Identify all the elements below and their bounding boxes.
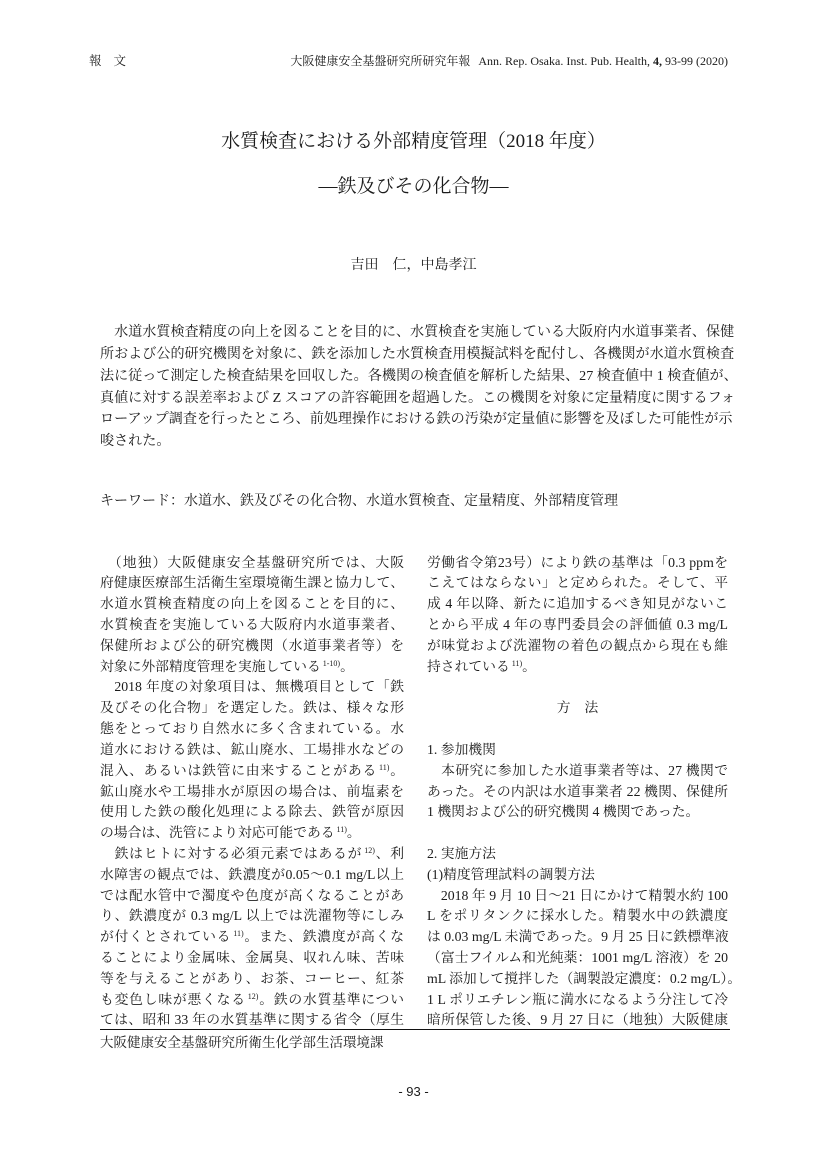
line-text-after: 。 bbox=[340, 659, 354, 674]
text-line: 態をとっており自然水に多く含まれている。水 bbox=[100, 719, 404, 740]
line-text: 唆された。 bbox=[100, 433, 170, 449]
text-line: 労働省令第23号）により鉄の基準は「0.3 ppmを bbox=[427, 553, 728, 574]
line-text: 等を与えることがあり、お茶、コーヒー、紅茶 bbox=[100, 971, 404, 986]
section-heading: 方法 bbox=[427, 698, 728, 719]
line-text: では配水管中で濁度や色度が高くなることがあ bbox=[100, 888, 404, 903]
line-text: 混入、あるいは鉄管に由来することがある bbox=[100, 763, 377, 778]
citation-ref: 1-10) bbox=[323, 659, 340, 668]
line-text: 鉱山廃水や工場排水が原因の場合は、前塩素を bbox=[100, 784, 404, 799]
subsection-heading: 1. 参加機関 bbox=[427, 740, 728, 761]
text-line: の場合は、洗管により対応可能である11)。 bbox=[100, 823, 404, 844]
journal-pages-year: 93-99 (2020) bbox=[662, 54, 728, 68]
citation-ref: 11) bbox=[337, 825, 347, 834]
text-line: こえてはならない」と定められた。そして、平 bbox=[427, 573, 728, 594]
line-text: り、鉄濃度が 0.3 mg/L 以上では洗濯物等にしみ bbox=[100, 908, 404, 923]
text-line: 及びその化合物」を選定した。鉄は、様々な形 bbox=[100, 698, 404, 719]
text-line: 使用した鉄の酸化処理による除去、鉄管が原因 bbox=[100, 802, 404, 823]
keyword: 定量精度 bbox=[464, 494, 520, 509]
line-text: 水道水質検査精度の向上を図ることを目的に、水質検査を実施している大阪府内水道事業… bbox=[100, 324, 734, 340]
citation-ref: 11) bbox=[379, 763, 389, 772]
keywords: キーワード：水道水、鉄及びその化合物、水道水質検査、定量精度、外部精度管理 bbox=[100, 490, 618, 510]
text-line: 所および公的研究機関を対象に、鉄を添加した水質検査用模擬試料を配付し、各機関が水… bbox=[100, 344, 728, 366]
keyword: 水道水 bbox=[184, 494, 226, 509]
line-text: とから平成 4 年の専門委員会の評価値 0.3 mg/L bbox=[427, 617, 728, 632]
text-line: mL 添加して撹拌した（調製設定濃度：0.2 mg/L）。 bbox=[427, 969, 728, 990]
line-text-after: 、利 bbox=[375, 846, 404, 861]
line-text: 労働省令第23号）により鉄の基準は「0.3 ppmを bbox=[427, 555, 728, 570]
text-line: 鉄はヒトに対する必須元素ではあるが12)、利 bbox=[100, 844, 404, 865]
body-column-left: （地独）大阪健康安全基盤研究所では、大阪府健康医療部生活衛生室環境衛生課と協力し… bbox=[100, 553, 404, 1032]
line-text-after: 。 bbox=[389, 763, 404, 778]
line-text: 所および公的研究機関を対象に、鉄を添加した水質検査用模擬試料を配付し、各機関が水… bbox=[100, 346, 734, 362]
line-text: 道水における鉄は、鉱山廃水、工場排水などの bbox=[100, 742, 404, 757]
text-line: L をポリタンクに採水した。精製水中の鉄濃度 bbox=[427, 906, 728, 927]
text-line bbox=[427, 823, 728, 844]
text-line: は 0.03 mg/L 未満であった。9 月 25 日に鉄標準液 bbox=[427, 927, 728, 948]
text-line: 混入、あるいは鉄管に由来することがある11)。 bbox=[100, 761, 404, 782]
journal-volume: 4, bbox=[653, 54, 662, 68]
line-text: ローアップ調査を行ったところ、前処理操作における鉄の汚染が定量値に影響を及ぼした… bbox=[100, 411, 733, 427]
journal-name-en: Ann. Rep. Osaka. Inst. Pub. Health, bbox=[478, 54, 653, 68]
line-text: が付くとされている bbox=[100, 929, 231, 944]
citation-ref: 12) bbox=[364, 846, 375, 855]
text-line: 水道水質検査精度の向上を図ることを目的に、 bbox=[100, 594, 404, 615]
text-line: 2018 年度の対象項目は、無機項目として「鉄 bbox=[100, 677, 404, 698]
line-text: 法に従って測定した検査結果を回収した。各機関の検査値を解析した結果、27 検査値… bbox=[100, 368, 738, 384]
text-line: 法に従って測定した検査結果を回収した。各機関の検査値を解析した結果、27 検査値… bbox=[100, 366, 728, 388]
text-line: 府健康医療部生活衛生室環境衛生課と協力して、 bbox=[100, 573, 404, 594]
line-text: （地独）大阪健康安全基盤研究所では、大阪 bbox=[100, 555, 404, 570]
footnote-divider bbox=[100, 1029, 730, 1030]
line-text: （富士フイルム和光純薬：1001 mg/L 溶液）を 20 bbox=[427, 950, 728, 965]
line-text-after: 。 bbox=[347, 825, 361, 840]
line-text: 対象に外部精度管理を実施している bbox=[100, 659, 321, 674]
line-text: 鉄はヒトに対する必須元素ではあるが bbox=[100, 846, 362, 861]
line-text: 持されている bbox=[427, 659, 510, 674]
text-line: 持されている11)。 bbox=[427, 657, 728, 678]
text-line bbox=[427, 677, 728, 698]
line-text: 府健康医療部生活衛生室環境衛生課と協力して、 bbox=[100, 575, 404, 590]
text-line: 真値に対する誤差率および Z スコアの許容範囲を超過した。この機関を対象に定量精… bbox=[100, 388, 728, 410]
paper-page: 報文 大阪健康安全基盤研究所研究年報Ann. Rep. Osaka. Inst.… bbox=[0, 0, 827, 1170]
citation-ref: 11) bbox=[233, 929, 243, 938]
line-text: 2. 実施方法 bbox=[427, 846, 496, 861]
text-line: 水障害の観点では、鉄濃度が0.05～0.1 mg/L以上 bbox=[100, 865, 404, 886]
keyword-separator: 、 bbox=[226, 494, 240, 509]
line-text: も変色し味が悪くなる bbox=[100, 992, 246, 1007]
line-text-after: 。 bbox=[522, 659, 536, 674]
line-text: L をポリタンクに採水した。精製水中の鉄濃度 bbox=[427, 908, 728, 923]
line-text: 成 4 年以降、新たに追加するべき知見がないこ bbox=[427, 596, 728, 611]
line-text: 1 機関および公的研究機関 4 機関であった。 bbox=[427, 804, 699, 819]
text-line bbox=[427, 719, 728, 740]
subsection-heading: (1)精度管理試料の調製方法 bbox=[427, 865, 728, 886]
article-type-label: 報文 bbox=[89, 51, 138, 69]
text-line: 水道水質検査精度の向上を図ることを目的に、水質検査を実施している大阪府内水道事業… bbox=[100, 322, 728, 344]
line-text: あった。その内訳は水道事業者 22 機関、保健所 bbox=[427, 784, 728, 799]
citation-ref: 12) bbox=[248, 992, 259, 1001]
line-text: ることにより金属味、金属臭、収れん味、苦味 bbox=[100, 950, 404, 965]
text-line: ローアップ調査を行ったところ、前処理操作における鉄の汚染が定量値に影響を及ぼした… bbox=[100, 409, 728, 431]
text-line: 水質検査を実施している大阪府内水道事業者、 bbox=[100, 615, 404, 636]
line-text: 真値に対する誤差率および Z スコアの許容範囲を超過した。この機関を対象に定量精… bbox=[100, 390, 735, 406]
line-text: 2018 年度の対象項目は、無機項目として「鉄 bbox=[100, 679, 404, 694]
text-line: 鉱山廃水や工場排水が原因の場合は、前塩素を bbox=[100, 782, 404, 803]
keyword-separator: 、 bbox=[520, 494, 534, 509]
line-text: 暗所保管した後、9 月 27 日に（地独）大阪健康 bbox=[427, 1012, 728, 1027]
text-line: 2018 年 9 月 10 日～21 日にかけて精製水約 100 bbox=[427, 886, 728, 907]
text-line: （地独）大阪健康安全基盤研究所では、大阪 bbox=[100, 553, 404, 574]
text-line: が付くとされている11)。また、鉄濃度が高くな bbox=[100, 927, 404, 948]
line-text: は 0.03 mg/L 未満であった。9 月 25 日に鉄標準液 bbox=[427, 929, 729, 944]
text-line: 成 4 年以降、新たに追加するべき知見がないこ bbox=[427, 594, 728, 615]
line-text: 2018 年 9 月 10 日～21 日にかけて精製水約 100 bbox=[427, 888, 728, 903]
text-line: も変色し味が悪くなる12)。鉄の水質基準につい bbox=[100, 990, 404, 1011]
text-line: とから平成 4 年の専門委員会の評価値 0.3 mg/L bbox=[427, 615, 728, 636]
journal-citation: 大阪健康安全基盤研究所研究年報Ann. Rep. Osaka. Inst. Pu… bbox=[290, 52, 728, 69]
line-text: mL 添加して撹拌した（調製設定濃度：0.2 mg/L）。 bbox=[427, 971, 741, 986]
keyword: 鉄及びその化合物 bbox=[240, 494, 352, 509]
line-text: 方法 bbox=[557, 700, 613, 715]
subsection-heading: 2. 実施方法 bbox=[427, 844, 728, 865]
line-text: の場合は、洗管により対応可能である bbox=[100, 825, 335, 840]
line-text: 水質検査を実施している大阪府内水道事業者、 bbox=[100, 617, 404, 632]
line-text-after: 。また、鉄濃度が高くな bbox=[244, 929, 404, 944]
text-line: ることにより金属味、金属臭、収れん味、苦味 bbox=[100, 948, 404, 969]
text-line: 等を与えることがあり、お茶、コーヒー、紅茶 bbox=[100, 969, 404, 990]
abstract: 水道水質検査精度の向上を図ることを目的に、水質検査を実施している大阪府内水道事業… bbox=[100, 322, 728, 453]
keyword-separator: 、 bbox=[352, 494, 366, 509]
text-line: 1 機関および公的研究機関 4 機関であった。 bbox=[427, 802, 728, 823]
line-text: ては、昭和 33 年の水質基準に関する省令（厚生 bbox=[100, 1012, 404, 1027]
text-line: 1 L ポリエチレン瓶に満水になるよう分注して冷 bbox=[427, 990, 728, 1011]
line-text: 本研究に参加した水道事業者等は、27 機関で bbox=[427, 763, 728, 778]
text-line: り、鉄濃度が 0.3 mg/L 以上では洗濯物等にしみ bbox=[100, 906, 404, 927]
line-text: 水道水質検査精度の向上を図ることを目的に、 bbox=[100, 596, 404, 611]
text-line: あった。その内訳は水道事業者 22 機関、保健所 bbox=[427, 782, 728, 803]
line-text: 1. 参加機関 bbox=[427, 742, 496, 757]
line-text: 態をとっており自然水に多く含まれている。水 bbox=[100, 721, 404, 736]
journal-name-jp: 大阪健康安全基盤研究所研究年報 bbox=[290, 54, 470, 68]
text-line: 本研究に参加した水道事業者等は、27 機関で bbox=[427, 761, 728, 782]
text-line: 道水における鉄は、鉱山廃水、工場排水などの bbox=[100, 740, 404, 761]
keyword-separator: 、 bbox=[450, 494, 464, 509]
text-line: （富士フイルム和光純薬：1001 mg/L 溶液）を 20 bbox=[427, 948, 728, 969]
keyword: 水道水質検査 bbox=[366, 494, 450, 509]
line-text: (1)精度管理試料の調製方法 bbox=[427, 867, 595, 882]
line-text-after: 。鉄の水質基準につい bbox=[258, 992, 404, 1007]
line-text: 水障害の観点では、鉄濃度が0.05～0.1 mg/L以上 bbox=[100, 867, 404, 882]
text-line: 唆された。 bbox=[100, 431, 728, 453]
text-line: 対象に外部精度管理を実施している1-10)。 bbox=[100, 657, 404, 678]
line-text: 1 L ポリエチレン瓶に満水になるよう分注して冷 bbox=[427, 992, 728, 1007]
keywords-label: キーワード： bbox=[100, 494, 184, 509]
line-text: が味覚および洗濯物の着色の観点から現在も維 bbox=[427, 638, 728, 653]
text-line: 保健所および公的研究機関（水道事業者等）を bbox=[100, 636, 404, 657]
text-line: では配水管中で濁度や色度が高くなることがあ bbox=[100, 886, 404, 907]
keyword-list: 水道水、鉄及びその化合物、水道水質検査、定量精度、外部精度管理 bbox=[184, 494, 618, 509]
author-list: 吉田 仁，中島孝江 bbox=[0, 254, 827, 274]
body-column-right: 労働省令第23号）により鉄の基準は「0.3 ppmをこえてはならない」と定められ… bbox=[427, 553, 728, 1032]
line-text: こえてはならない」と定められた。そして、平 bbox=[427, 575, 728, 590]
author-affiliation: 大阪健康安全基盤研究所衛生化学部生活環境課 bbox=[100, 1031, 384, 1051]
keyword: 外部精度管理 bbox=[534, 494, 618, 509]
page-number: - 93 - bbox=[0, 1084, 827, 1099]
citation-ref: 11) bbox=[512, 659, 522, 668]
line-text: 使用した鉄の酸化処理による除去、鉄管が原因 bbox=[100, 804, 404, 819]
line-text: 保健所および公的研究機関（水道事業者等）を bbox=[100, 638, 404, 653]
text-line: が味覚および洗濯物の着色の観点から現在も維 bbox=[427, 636, 728, 657]
paper-title: 水質検査における外部精度管理（2018 年度） bbox=[0, 126, 827, 153]
paper-subtitle: ―鉄及びその化合物― bbox=[0, 171, 827, 198]
line-text: 及びその化合物」を選定した。鉄は、様々な形 bbox=[100, 700, 404, 715]
